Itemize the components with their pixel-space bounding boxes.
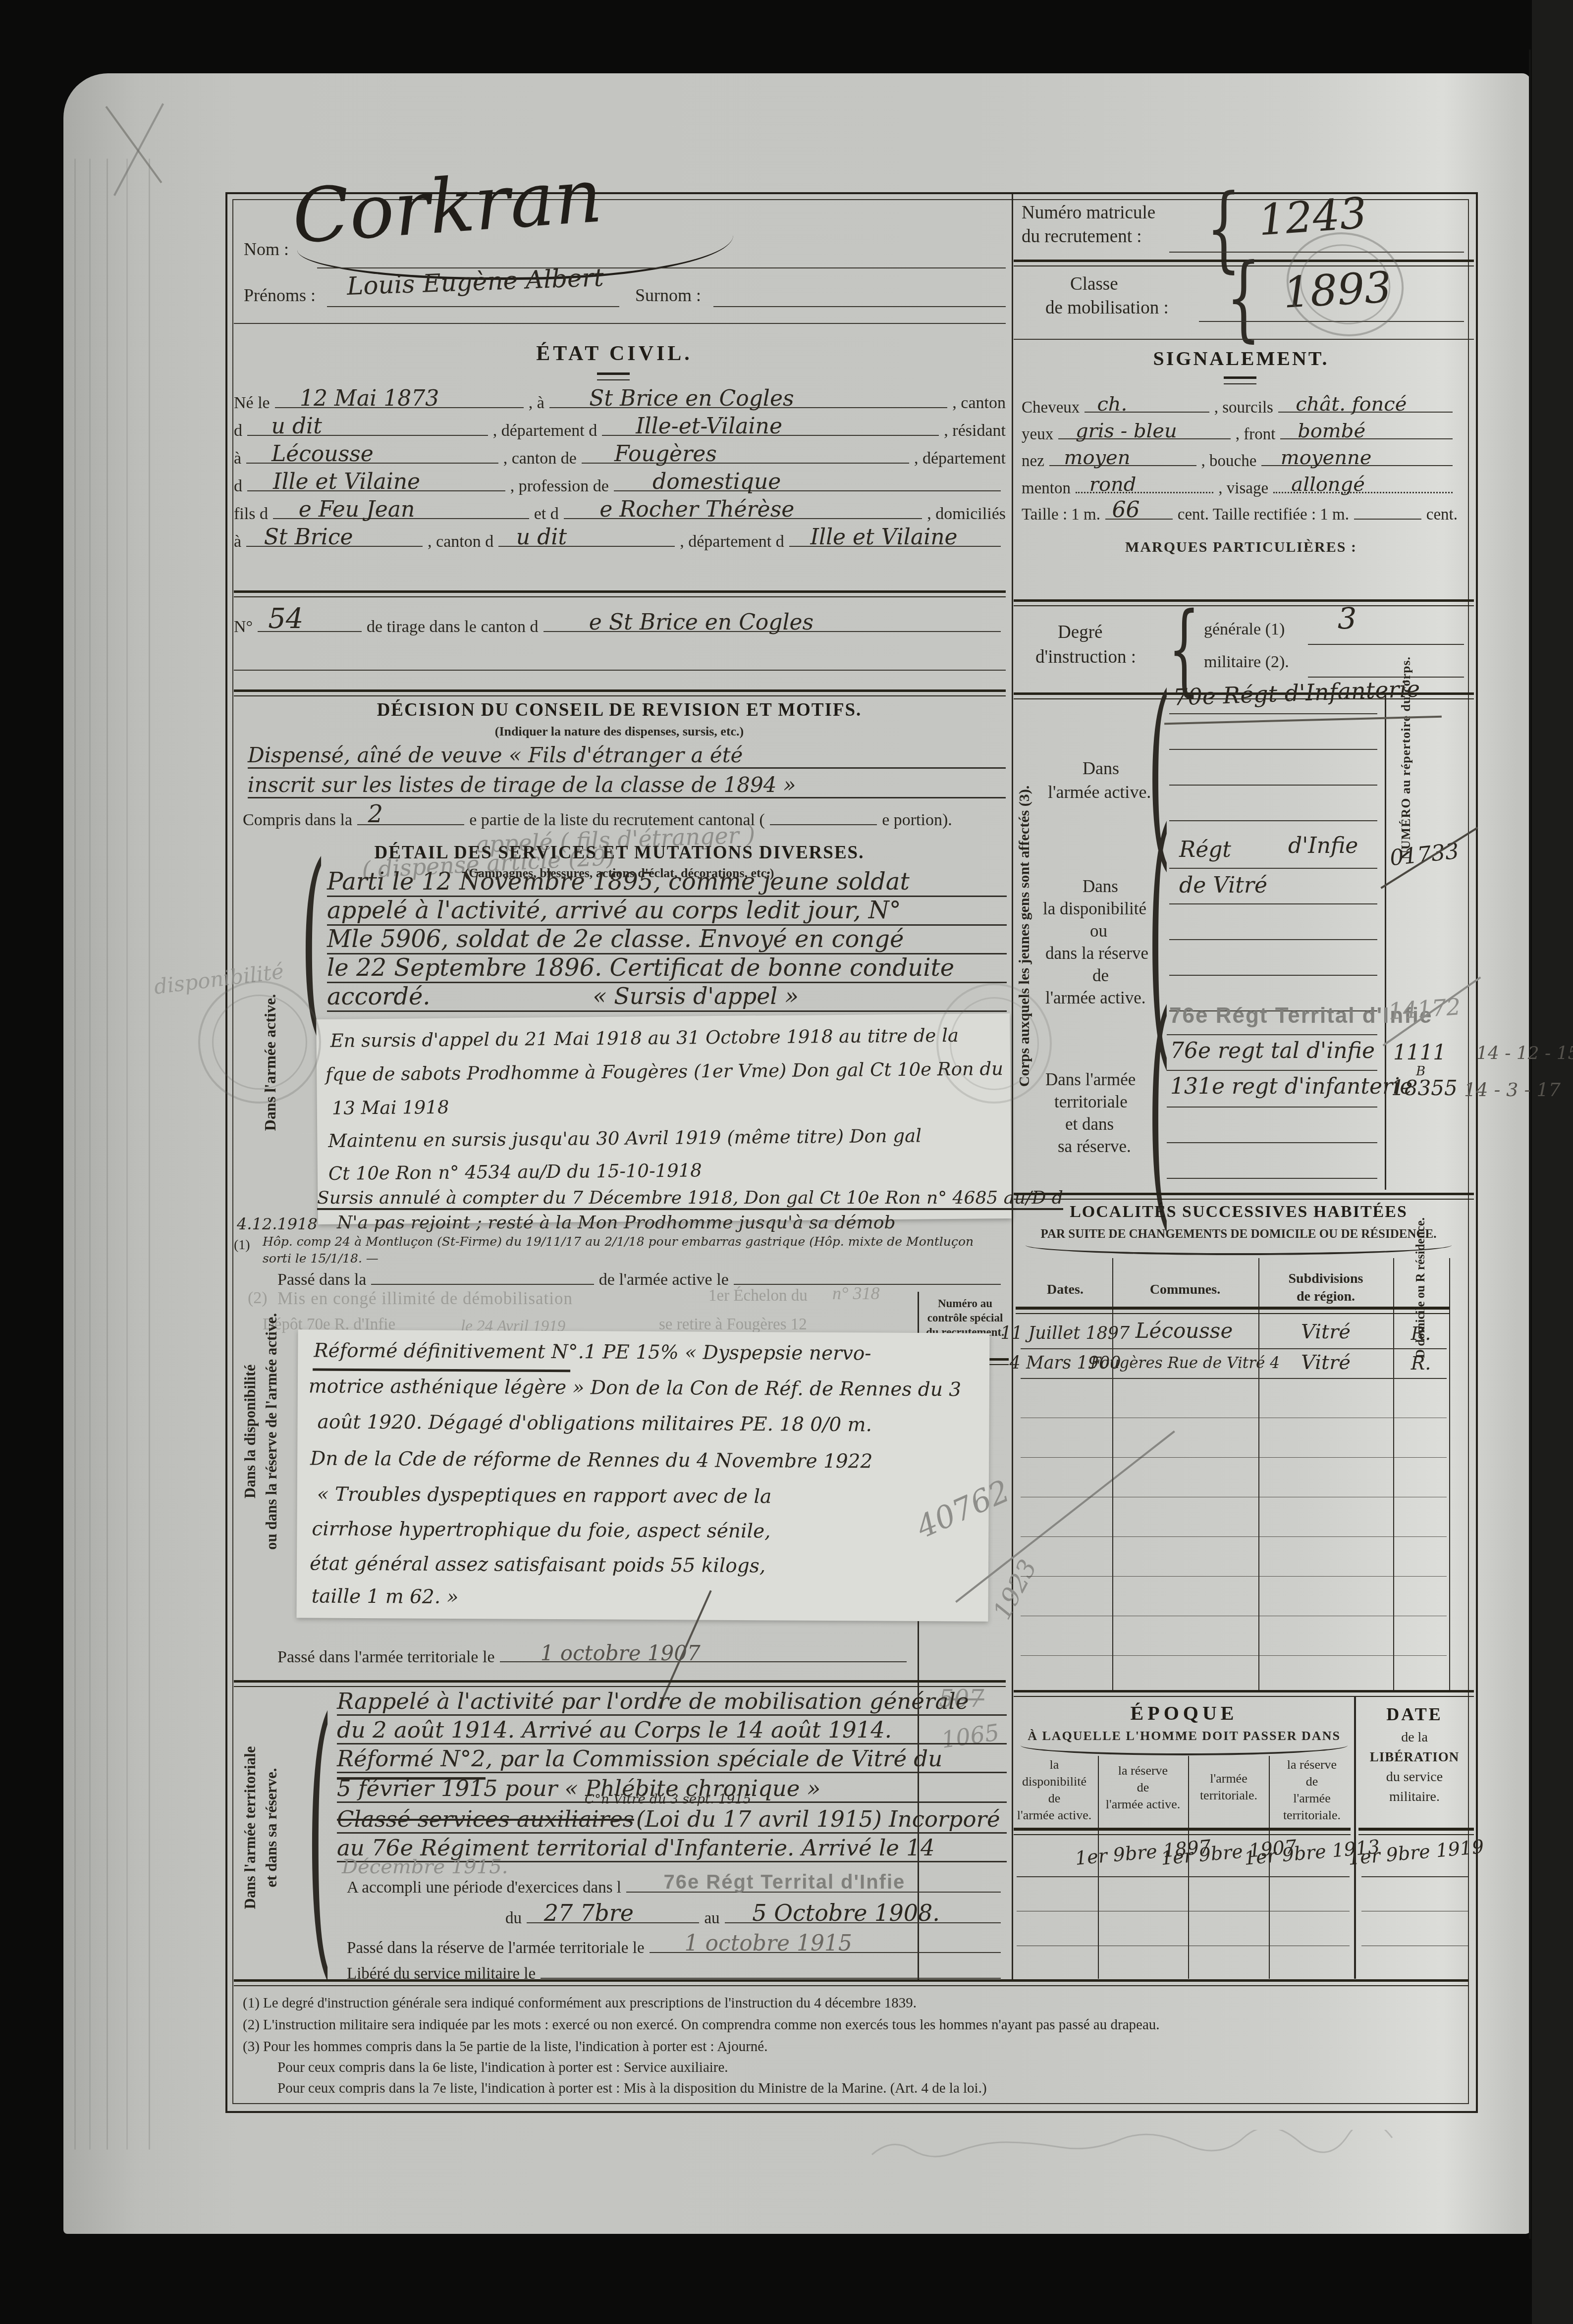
- print-seg: à: [234, 532, 241, 551]
- hw-seg: Lécousse: [271, 441, 374, 467]
- fill-line: 5 Octobre 1908.: [725, 1905, 1001, 1923]
- slip1-line: Maintenu en sursis jusqu'au 30 Avril 191…: [328, 1125, 922, 1151]
- epoque-date-4: du service: [1386, 1769, 1443, 1785]
- hw-seg: allongé: [1291, 473, 1365, 496]
- epoque-date-3: LIBÉRATION: [1370, 1749, 1460, 1765]
- scanned-register-page: Corkran Nom : Prénoms : Louis Eugène Alb…: [0, 0, 1573, 2324]
- dispo-label-4: dans la réserve: [1045, 944, 1148, 963]
- fill-line: rond: [1076, 475, 1213, 493]
- print-seg: du: [505, 1909, 522, 1928]
- mobilisation-line: du 2 août 1914. Arrivé au Corps le 14 ao…: [337, 1717, 892, 1743]
- table-row-line: [1021, 1457, 1447, 1458]
- fill-line: [541, 1960, 1001, 1979]
- etat-civil-row: d u dit , département d Ille-et-Vilaine …: [234, 417, 1006, 440]
- round-stamp-ring: [1291, 235, 1399, 334]
- page-right-edge: [1529, 50, 1531, 2239]
- dispo-label-2: la disponibilité: [1043, 899, 1146, 919]
- active-label-2: l'armée active.: [1048, 782, 1151, 802]
- print-seg: , canton de: [503, 449, 577, 468]
- classe-label-1: Classe: [1070, 273, 1118, 295]
- table-row-line: [1021, 1378, 1447, 1379]
- entry-line: [1169, 868, 1377, 869]
- fill-line: chât. foncé: [1278, 394, 1453, 413]
- epoque-row-line: [1017, 1911, 1350, 1911]
- print-seg: à: [234, 449, 241, 468]
- passe-reserve-row: Passé dans la réserve de l'armée territo…: [347, 1935, 1006, 1957]
- table-row-line: [1021, 1348, 1447, 1349]
- degre-generale-label: générale (1): [1204, 620, 1285, 639]
- page-edge-line: [149, 158, 150, 2150]
- degre-generale-value: 3: [1338, 602, 1356, 636]
- dispo-label-1: Dans: [1083, 877, 1118, 897]
- service-line: accordé.: [327, 983, 431, 1010]
- sursis-annule-line: Sursis annulé à compter du 7 Décembre 19…: [317, 1188, 1063, 1208]
- table-row-line: [1021, 1418, 1447, 1418]
- epoque-row-line: [1361, 1911, 1468, 1911]
- hw-seg: e St Brice en Cogles: [589, 610, 814, 635]
- blank-line: [234, 670, 1006, 671]
- terr-label-3: et dans: [1065, 1114, 1114, 1134]
- print-seg: de tirage dans le canton d: [367, 618, 538, 636]
- footnote-rule: [234, 1979, 1468, 1986]
- passe-active-row: Passé dans la de l'armée active le: [277, 1266, 1006, 1289]
- prenoms-label: Prénoms :: [244, 285, 316, 306]
- section-rule: [234, 1680, 1006, 1687]
- slip2-line: cirrhose hypertrophique du foie, aspect …: [312, 1518, 770, 1543]
- print-seg: , domiciliés: [927, 505, 1006, 524]
- terr-number-1: 1111: [1393, 1040, 1446, 1064]
- etat-civil-row: Né le 12 Mai 1873 , à St Brice en Cogles…: [234, 389, 1006, 413]
- slip2-line: « Troubles dyspeptiques en rapport avec …: [317, 1483, 772, 1508]
- locality-sub: Vitré: [1301, 1320, 1351, 1343]
- prenoms-line: [327, 306, 619, 307]
- slip2-line: taille 1 m 62. »: [312, 1585, 459, 1608]
- fill-line: St Brice en Cogles: [549, 389, 947, 408]
- hospital-note-2: sorti le 15/1/18. —: [263, 1251, 379, 1266]
- entry-line: [1169, 749, 1377, 750]
- print-seg: Compris dans la: [243, 811, 352, 830]
- terr-number-2: 18355: [1391, 1076, 1458, 1100]
- round-stamp-ring: [212, 995, 307, 1090]
- matricule-label-2: du recrutement :: [1022, 226, 1141, 247]
- footnote-3: (3) Pour les hommes compris dans la 5e p…: [243, 2039, 767, 2055]
- hw-seg: ch.: [1097, 393, 1127, 416]
- underline: [313, 1369, 570, 1373]
- print-seg: , à: [529, 394, 544, 413]
- section-brace: (: [307, 1659, 332, 2006]
- epoque-c2: de: [1137, 1780, 1149, 1795]
- hw-seg: e Rocher Thérèse: [599, 497, 794, 522]
- slip1-line: 13 Mai 1918: [332, 1097, 449, 1119]
- page-edge-line: [74, 158, 76, 2150]
- surnom-line: [713, 306, 1006, 307]
- epoque-c2: l'armée active.: [1106, 1797, 1180, 1812]
- entry-line: [1169, 975, 1377, 976]
- hw-seg: moyen: [1064, 446, 1130, 469]
- locality-commune: Fougères Rue de Vitré 4: [1090, 1354, 1280, 1372]
- hw-seg: e Feu Jean: [299, 497, 415, 522]
- fill-line: Lécousse: [246, 445, 498, 464]
- epoque-c1: l'armée active.: [1017, 1808, 1091, 1823]
- epoque-c4: la réserve: [1287, 1757, 1337, 1772]
- epoque-c3: territoriale.: [1200, 1788, 1257, 1803]
- print-seg: , département d: [680, 532, 784, 551]
- table-header-rule: [1016, 1307, 1449, 1314]
- localites-header-sub2: de région.: [1297, 1289, 1355, 1305]
- dispo-label-3: ou: [1090, 921, 1107, 941]
- margin-label-dispo-1: Dans la disponibilité: [241, 1365, 259, 1498]
- taille-row: Taille : 1 m. 66 cent. Taille rectifiée …: [1022, 501, 1458, 524]
- epoque-row-line: [1361, 1876, 1468, 1877]
- epoque-title: ÉPOQUE: [1131, 1701, 1238, 1725]
- degre-label-2: d'instruction :: [1035, 646, 1136, 668]
- pasted-slip-2: Réformé définitivement N°.1 PE 15% « Dys…: [296, 1329, 989, 1621]
- hw-seg: 12 Mai 1873: [300, 386, 439, 411]
- locality-sub: Vitré: [1301, 1351, 1351, 1374]
- hw-seg: 1 octobre 1915: [685, 1931, 853, 1956]
- footnote-5: Pour ceux compris dans la 7e liste, l'in…: [277, 2080, 987, 2097]
- value-line: [1308, 644, 1464, 645]
- hw-seg: Fougères: [614, 441, 717, 467]
- mobilisation-line: Rappelé à l'activité par l'ordre de mobi…: [337, 1688, 969, 1714]
- scan-right-band: [1532, 0, 1573, 2324]
- fill-line: e Feu Jean: [273, 500, 529, 519]
- print-seg: , canton: [952, 394, 1006, 413]
- print-seg: Passé dans la: [277, 1270, 366, 1289]
- hw-seg: 5 Octobre 1908.: [752, 1900, 940, 1926]
- title-bar: [1224, 376, 1256, 384]
- localites-subtitle: PAR SUITE DE CHANGEMENTS DE DOMICILE OU …: [1041, 1227, 1437, 1241]
- section-rule: [1014, 1193, 1474, 1200]
- signalement-row: menton rond , visage allongé: [1022, 475, 1458, 498]
- fill-line: 66: [1105, 501, 1173, 520]
- page-edge-line: [107, 158, 108, 2150]
- print-seg: , canton d: [428, 532, 493, 551]
- active-label-1: Dans: [1083, 758, 1119, 779]
- dispo-label-6: l'armée active.: [1045, 988, 1146, 1008]
- section-line: [1014, 339, 1474, 340]
- print-seg: , département: [914, 449, 1006, 468]
- hospital-note-1: Hôp. comp 24 à Montluçon (St-Firme) du 1…: [263, 1234, 974, 1249]
- print-seg: cent.: [1426, 506, 1458, 524]
- periode-row: A accompli une période d'exercices dans …: [347, 1874, 1006, 1897]
- epoque-date-2: de la: [1401, 1730, 1428, 1745]
- epoque-row-line: [1361, 1946, 1468, 1946]
- etat-civil-title: ÉTAT CIVIL.: [536, 342, 693, 366]
- locality-date: 11 Juillet 1897: [1001, 1323, 1130, 1343]
- table-divider: [1393, 1258, 1394, 1690]
- hw-seg: St Brice: [264, 525, 353, 550]
- fill-line: ch.: [1085, 394, 1209, 413]
- print-seg: N°: [234, 618, 253, 636]
- hw-seg: 27 7bre: [544, 1900, 634, 1926]
- hw-seg: u dit: [271, 414, 322, 439]
- entry-line: [1169, 903, 1377, 904]
- print-seg: fils d: [234, 505, 268, 524]
- insert-note: C°n Vitré du 3 sept. 1915: [585, 1792, 751, 1807]
- matricule-label-1: Numéro matricule: [1022, 202, 1155, 223]
- print-seg: cent. Taille rectifiée : 1 m.: [1178, 506, 1349, 524]
- decision-title: DÉCISION DU CONSEIL DE REVISION ET MOTIF…: [377, 699, 862, 721]
- slip2-line: état général assez satisfaisant poids 55…: [310, 1552, 765, 1577]
- table-row-line: [1021, 1576, 1447, 1577]
- etat-civil-row: à Lécousse , canton de Fougères , départ…: [234, 445, 1006, 468]
- hw-seg: rond: [1089, 473, 1137, 496]
- page-edge-line: [126, 158, 128, 2150]
- epoque-c2: la réserve: [1118, 1763, 1168, 1778]
- table-row-line: [1021, 1616, 1447, 1616]
- print-seg: de l'armée active le: [599, 1270, 729, 1289]
- fill-line: u dit: [247, 417, 488, 436]
- entry-line: [1167, 1178, 1377, 1179]
- services-title: DÉTAIL DES SERVICES ET MUTATIONS DIVERSE…: [375, 842, 865, 863]
- localites-header-communes: Communes.: [1150, 1282, 1220, 1298]
- section-rule: [234, 590, 1006, 597]
- epoque-date-5: militaire.: [1389, 1789, 1440, 1805]
- round-stamp: [198, 981, 321, 1104]
- epoque-date-1: DATE: [1386, 1704, 1442, 1725]
- regiment-stamp: 76e Régt Territal d'Infie: [664, 1871, 906, 1894]
- dispo-entry-1b: d'Infie: [1288, 833, 1358, 858]
- fill-line: e Rocher Thérèse: [564, 500, 922, 519]
- fill-line: 2: [357, 806, 464, 825]
- print-seg: , résidant: [944, 422, 1006, 440]
- hw-seg: 66: [1112, 497, 1140, 523]
- terr-label-4: sa réserve.: [1058, 1137, 1131, 1157]
- surnom-label: Surnom :: [635, 285, 701, 306]
- faint-pencil-scribble: [867, 2130, 1486, 2169]
- epoque-row-line: [1017, 1876, 1350, 1877]
- hw-seg: St Brice en Cogles: [589, 386, 794, 411]
- epoque-subtitle: À LAQUELLE L'HOMME DOIT PASSER DANS: [1028, 1729, 1341, 1743]
- fill-line: u dit: [498, 528, 675, 547]
- print-seg: Taille : 1 m.: [1022, 506, 1100, 524]
- localites-header-sub1: Subdivisions: [1289, 1271, 1363, 1287]
- fill-line: 54: [258, 613, 362, 632]
- margin-label-terr-2: et dans sa réserve.: [263, 1768, 280, 1887]
- fill-line: 27 7bre: [527, 1905, 699, 1923]
- print-seg: menton: [1022, 479, 1071, 498]
- passe-territoriale-row: Passé dans l'armée territoriale le 1 oct…: [277, 1643, 912, 1667]
- section-rule: [1014, 1690, 1474, 1697]
- section-rule: [1014, 599, 1474, 606]
- print-seg: d: [234, 422, 242, 440]
- round-stamp-ring: [950, 997, 1039, 1090]
- signalement-row: nez moyen , bouche moyenne: [1022, 448, 1458, 471]
- hw-seg: bombé: [1298, 420, 1365, 442]
- print-seg: Passé dans la réserve de l'armée territo…: [347, 1939, 645, 1957]
- service-line: Mle 5906, soldat de 2e classe. Envoyé en…: [327, 925, 904, 953]
- table-divider: [1449, 1258, 1450, 1690]
- slip2-line: Dn de la Cde de réforme de Rennes du 4 N…: [310, 1447, 872, 1473]
- print-seg: Cheveux: [1022, 399, 1080, 417]
- localites-title: LOCALITÉS SUCCESSIVES HABITÉES: [1070, 1203, 1408, 1221]
- entry-line: [1167, 1142, 1377, 1143]
- entry-line: [1167, 1034, 1377, 1035]
- footnote-1: (1) Le degré d'instruction générale sera…: [243, 1995, 917, 2011]
- locality-dr: R.: [1411, 1322, 1431, 1344]
- terr-entry-2: 131e regt d'infanterie: [1170, 1074, 1412, 1099]
- service-line: appelé à l'activité, arrivé au corps led…: [327, 897, 901, 924]
- epoque-row-line: [1017, 1946, 1350, 1946]
- fill-line: 1 octobre 1907: [500, 1643, 907, 1662]
- service-line: « Sursis d'appel »: [593, 983, 799, 1010]
- table-divider: [1112, 1258, 1113, 1690]
- table-row-line: [1021, 1655, 1447, 1656]
- terr-date-1: 14 - 12 - 15: [1476, 1043, 1573, 1063]
- page-edge-line: [89, 158, 91, 2150]
- hw-seg: Ille et Vilaine: [811, 525, 958, 550]
- fill-line: [1354, 501, 1421, 520]
- fill-line: allongé: [1273, 475, 1453, 493]
- fill-line: Ille et Vilaine: [247, 473, 505, 491]
- slip1-line: fque de sabots Prodhomme à Fougères (1er…: [325, 1058, 1003, 1085]
- epoque-c3: l'armée: [1210, 1771, 1247, 1786]
- terr-date-2: 14 - 3 - 17: [1464, 1079, 1561, 1101]
- epoque-c1: de: [1048, 1791, 1061, 1806]
- nom-label: Nom :: [244, 239, 289, 260]
- table-row-line: [1021, 1497, 1447, 1497]
- entry-line: [1169, 820, 1377, 821]
- localites-header-dates: Dates.: [1047, 1282, 1084, 1298]
- mobilisation-line-struck: Classé services auxiliaires: [337, 1806, 634, 1832]
- entry-line: [1169, 785, 1377, 786]
- epoque-header-rule: [1014, 1828, 1351, 1835]
- margin-label-dispo-2: ou dans la réserve de l'armée active.: [263, 1313, 280, 1550]
- fill-line: [770, 806, 877, 825]
- hw-seg: Ille et Vilaine: [273, 469, 420, 494]
- epoque-c1: disponibilité: [1022, 1774, 1086, 1789]
- entry-line: [1169, 939, 1377, 940]
- print-seg: et d: [534, 505, 559, 524]
- fill-line: 76e Régt Territal d'Infie: [626, 1874, 1001, 1893]
- fill-line: moyen: [1049, 448, 1196, 466]
- footnote-4: Pour ceux compris dans la 6e liste, l'in…: [277, 2060, 728, 2076]
- fill-line: 12 Mai 1873: [275, 389, 524, 408]
- dispo-entry-2: de Vitré: [1179, 873, 1267, 898]
- print-seg: , bouche: [1201, 452, 1257, 471]
- print-seg: yeux: [1022, 425, 1053, 444]
- print-seg: , profession de: [510, 477, 609, 496]
- fill-line: 1 octobre 1915: [650, 1935, 1001, 1953]
- slip2-line: août 1920. Dégagé d'obligations militair…: [317, 1411, 872, 1436]
- rejoint-date: 4.12.1918: [237, 1215, 318, 1233]
- nom-line: [317, 267, 1006, 268]
- fill-line: St Brice: [246, 528, 423, 547]
- entry-line: [1169, 713, 1377, 714]
- fill-line: e St Brice en Cogles: [543, 613, 1001, 632]
- mobilisation-line: (Loi du 17 avril 1915) Incorporé: [636, 1806, 1000, 1832]
- mobilisation-line: Réformé N°2, par la Commission spéciale …: [337, 1745, 942, 1772]
- demob-mark: (2): [248, 1289, 268, 1308]
- table-divider: [1258, 1258, 1259, 1690]
- print-seg: d: [234, 477, 242, 496]
- fill-line: gris - bleu: [1058, 421, 1231, 439]
- tirage-row: N° 54 de tirage dans le canton d e St Br…: [234, 613, 1006, 636]
- hw-seg: Sursis annulé à compter du 7 Décembre 19…: [317, 1188, 1063, 1210]
- marques-label: MARQUES PARTICULIÈRES :: [1125, 539, 1357, 556]
- section-rule: [234, 689, 1006, 696]
- numero-column-line: [1385, 694, 1386, 1190]
- locality-commune: Lécousse: [1136, 1319, 1233, 1343]
- hw-seg: 54: [268, 603, 303, 635]
- rejoint-note: N'a pas rejoint ; resté à la Mon Prodhom…: [337, 1213, 895, 1233]
- signalement-title: SIGNALEMENT.: [1153, 347, 1329, 370]
- blank-line: [234, 323, 1006, 324]
- entry-line: [1167, 1070, 1377, 1071]
- classe-label-2: de mobilisation :: [1045, 297, 1169, 318]
- print-seg: au: [704, 1909, 719, 1928]
- fill-line: bombé: [1280, 421, 1453, 439]
- hw-seg: 2: [368, 800, 383, 828]
- fill-line: Ille-et-Vilaine: [602, 417, 939, 436]
- round-stamp: [936, 983, 1052, 1104]
- epoque-header-rule: [1358, 1828, 1474, 1835]
- brace: {: [1226, 243, 1261, 351]
- print-seg: A accompli une période d'exercices dans …: [347, 1879, 621, 1897]
- hw-seg: chât. foncé: [1296, 393, 1407, 416]
- slip2-line: Réformé définitivement N°.1 PE 15% « Dys…: [314, 1340, 871, 1365]
- degre-label-1: Degré: [1058, 622, 1102, 643]
- fill-line: [371, 1266, 594, 1285]
- dispo-label-5: de: [1092, 966, 1109, 986]
- print-seg: , sourcils: [1214, 399, 1273, 417]
- terr-label-1: Dans l'armée: [1045, 1070, 1136, 1090]
- epoque-c4: l'armée: [1293, 1791, 1330, 1806]
- etat-civil-row: à St Brice , canton d u dit , départemen…: [234, 528, 1006, 551]
- hw-seg: domestique: [652, 469, 781, 494]
- demob-line1c: 1er Échelon du: [708, 1287, 808, 1305]
- epoque-c4: territoriale.: [1283, 1808, 1341, 1823]
- fill-line: Ille et Vilaine: [789, 528, 1001, 547]
- periode-dates-row: du 27 7bre au 5 Octobre 1908.: [505, 1905, 1006, 1928]
- hw-seg: u dit: [516, 525, 567, 550]
- entry-line: [1167, 1107, 1377, 1108]
- terr-label-2: territoriale: [1054, 1092, 1128, 1112]
- decision-hw1: Dispensé, aîné de veuve « Fils d'étrange…: [248, 743, 743, 767]
- hw-seg: Ille-et-Vilaine: [636, 414, 782, 439]
- terr-entry-1: 76e regt tal d'infie: [1170, 1038, 1375, 1063]
- fill-line: moyenne: [1261, 448, 1453, 466]
- service-line: Parti le 12 Novembre 1895, comme jeune s…: [327, 868, 910, 896]
- title-bar: [597, 372, 630, 380]
- margin-label-terr-1: Dans l'armée territoriale: [241, 1746, 259, 1909]
- demob-line1: Mis en congé illimité de démobilisation: [277, 1289, 573, 1309]
- epoque-c1: la: [1050, 1757, 1059, 1772]
- footmark-1: (1): [234, 1237, 250, 1253]
- slip2-line: motrice asthénique légère » Don de la Co…: [309, 1375, 961, 1401]
- footnote-2: (2) L'instruction militaire sera indiqué…: [243, 2017, 1160, 2033]
- locality-dr: R.: [1411, 1352, 1431, 1374]
- signalement-row: Cheveux ch. , sourcils chât. foncé: [1022, 394, 1458, 417]
- print-seg: , visage: [1218, 479, 1268, 498]
- signalement-row: yeux gris - bleu , front bombé: [1022, 421, 1458, 444]
- fill-line: Fougères: [582, 445, 909, 464]
- fill-line: [734, 1266, 1001, 1285]
- print-seg: Né le: [234, 394, 270, 413]
- hw-seg: gris - bleu: [1076, 420, 1177, 442]
- epoque-c4: de: [1306, 1774, 1318, 1789]
- fill-line: domestique: [614, 473, 1001, 491]
- print-seg: nez: [1022, 452, 1044, 471]
- etat-civil-row: fils d e Feu Jean et d e Rocher Thérèse …: [234, 500, 1006, 524]
- decision-hw2: inscrit sur les listes de tirage de la c…: [248, 773, 796, 797]
- degre-militaire-label: militaire (2).: [1204, 653, 1289, 672]
- print-seg: , front: [1236, 425, 1276, 444]
- demob-line1d: n° 318: [832, 1283, 879, 1304]
- slip1-line: En sursis d'appel du 21 Mai 1918 au 31 O…: [330, 1025, 959, 1052]
- dispo-entry-1: Régt: [1179, 837, 1231, 862]
